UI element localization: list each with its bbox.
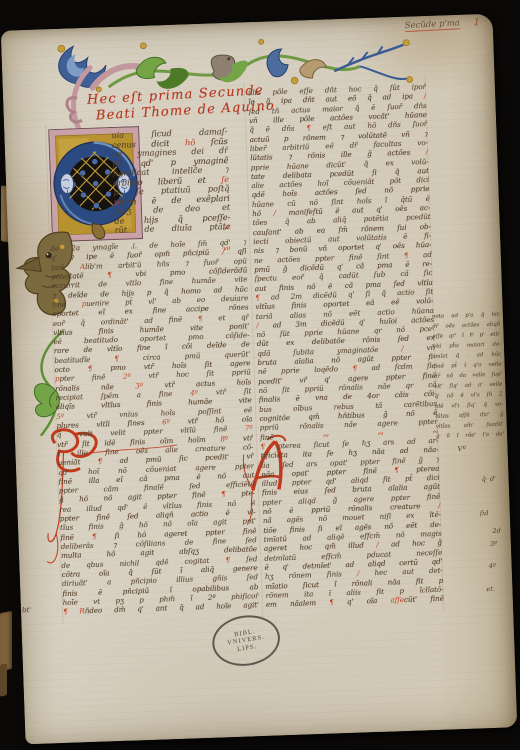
right-text-column: illis põle eſſe dñt hoc q̃ ſũt ipor̃ĩo q… — [248, 82, 444, 609]
margin-mark: ·vo — [221, 245, 230, 252]
margin-mark: q̃· d' — [481, 475, 496, 483]
library-stamp: BIBL. VNIVERS. LIPS. — [209, 611, 284, 671]
margin-mark: ·bº — [221, 225, 230, 232]
margin-mark: 3º — [490, 540, 497, 548]
marginal-gloss: nota ad p'a q̃ hicdr̃ oẽs actões aliqñeſ… — [432, 310, 504, 442]
manuscript-photo: Secũde p'ma 1 — [0, 0, 520, 750]
manuscript-text-line: g̃ ñ ĩ rõe' l'a de' — [436, 429, 504, 441]
corner-margin-note: bt' — [22, 606, 31, 614]
left-text-column: de 2a ymagĩe .i. de hoĩe ſm̃ qd' ⁊q' ⁊ i… — [50, 237, 259, 616]
page-sliver — [0, 611, 12, 671]
page-sliver — [0, 663, 7, 697]
margin-mark: ſid — [480, 509, 489, 517]
folio-number: 1 — [474, 17, 481, 28]
margin-mark: 4º — [489, 562, 496, 570]
manuscript-page: Secũde p'ma 1 — [1, 14, 518, 745]
gloss-mark: Vº — [457, 445, 466, 453]
margin-mark: 2d — [492, 527, 501, 535]
stamp-line: LIPS. — [237, 643, 258, 654]
margin-mark: et. — [486, 585, 495, 593]
left-column-opening-lines: uia ſicud damaſ-cenus dicit hō ſcũsad ym… — [111, 127, 231, 236]
